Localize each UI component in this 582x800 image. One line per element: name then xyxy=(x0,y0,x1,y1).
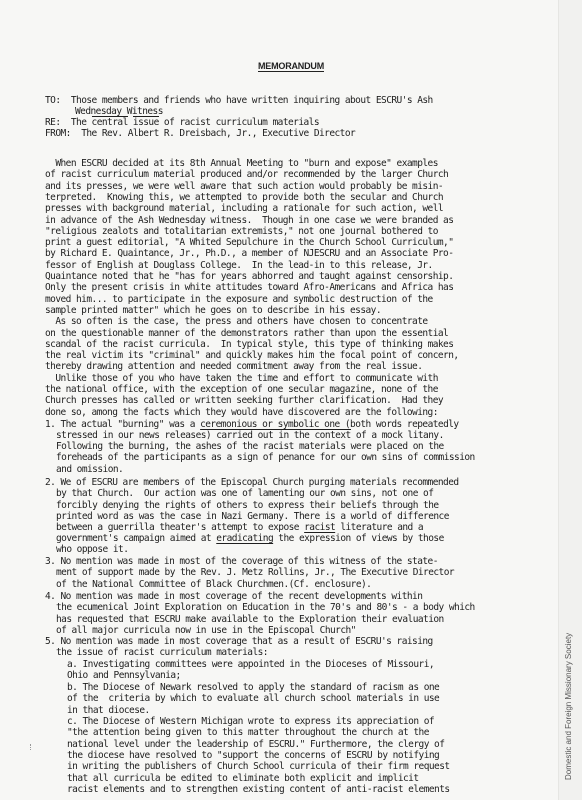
item-3-line: of the National Committee of Black Churc… xyxy=(56,579,371,590)
body-line: Quaintance noted that he "has for years … xyxy=(45,271,453,282)
sub-item-c-line: "the attention being given to this matte… xyxy=(67,727,429,738)
sub-item-b-line: in that diocese. xyxy=(67,705,150,716)
sub-item-c-line: that all curricula be edited to eliminat… xyxy=(67,773,419,784)
item-2-line: printed word as was the case in Nazi Ger… xyxy=(56,511,449,522)
re-underlined-issue: issue xyxy=(133,116,159,128)
sub-item-c-line: c. The Diocese of Western Michigan wrote… xyxy=(67,716,434,727)
memo-title: MEMORANDUM xyxy=(0,61,582,71)
memo-title-text: MEMORANDUM xyxy=(258,61,324,72)
body-line: When ESCRU decided at its 8th Annual Mee… xyxy=(45,158,438,169)
body-line: moved him... to participate in the expos… xyxy=(45,294,433,305)
from-label: FROM: xyxy=(45,128,71,139)
body-line: "religious zealots and totalitarian extr… xyxy=(45,226,438,237)
sub-item-a-line: Ohio and Pennsylvania; xyxy=(67,670,181,681)
item-1-line: Following the burning, the ashes of the … xyxy=(56,441,444,452)
sub-item-a-line: a. Investigating committees were appoint… xyxy=(67,659,434,670)
underlined-eradicating: eradicating xyxy=(216,533,273,544)
margin-mark xyxy=(30,744,32,750)
item-1-text: 1. The actual "burning" was a xyxy=(45,419,200,430)
item-5-line: the issue of racist curriculum materials… xyxy=(56,647,268,658)
body-line: print a guest editorial, "A Whited Sepul… xyxy=(45,237,453,248)
item-1-text: stressed in our news releases) xyxy=(56,430,216,441)
body-line: scandal of the racist curricula. In typi… xyxy=(45,339,453,350)
re-label: RE: xyxy=(45,117,61,128)
body-line: Unlike those of you who have taken the t… xyxy=(45,373,438,384)
body-line: fessor of English at Douglass College. I… xyxy=(45,260,433,271)
item-2-line-6: government's campaign aimed at eradicati… xyxy=(56,533,444,544)
body-line: Church presses has called or written see… xyxy=(45,395,443,406)
body-line: on the questionable manner of the demons… xyxy=(45,328,448,339)
body-line: Only the present crisis in white attitud… xyxy=(45,282,453,293)
item-1-text: of a mock litany. xyxy=(351,430,444,441)
underlined-racist: racist xyxy=(304,522,335,533)
item-4-line: has requested that ESCRU make available … xyxy=(56,614,444,625)
body-line: in advance of the Ash Wednesday witness.… xyxy=(45,215,453,226)
item-3-line: 3. No mention was made in most of the co… xyxy=(45,556,438,567)
re-text-post: of racist curriculum materials xyxy=(159,117,319,128)
archive-watermark: Domestic and Foreign Missionary Society xyxy=(564,633,573,780)
from-text: The Rev. Albert R. Dreisbach, Jr., Execu… xyxy=(81,128,355,139)
item-3-line: ment of support made by the Rev. J. Metz… xyxy=(56,567,454,578)
item-4-line: 4. No mention was made in most coverage … xyxy=(45,591,422,602)
body-line: by Richard E. Quaintance, Jr., Ph.D., a … xyxy=(45,248,453,259)
item-2-line: by that Church. Our action was one of la… xyxy=(56,488,433,499)
to-text: Those members and friends who have writt… xyxy=(71,95,433,106)
item-4-line: of all major curricula now in use in the… xyxy=(56,625,356,636)
to-line: TO: Those members and friends who have w… xyxy=(45,95,433,106)
item-4-line: the ecumenical Joint Exploration on Educ… xyxy=(56,602,475,613)
item-2-text: between a guerrilla theater's attempt to… xyxy=(56,522,304,533)
item-2-line-7: who oppose it. xyxy=(56,544,128,555)
body-line: terpreted. Knowing this, we attempted to… xyxy=(45,192,443,203)
from-line: FROM: The Rev. Albert R. Dreisbach, Jr.,… xyxy=(45,128,355,139)
sub-item-c-line: racist elements and to strengthen existi… xyxy=(67,784,450,795)
body-line: of racist curriculum material produced a… xyxy=(45,169,448,180)
body-line: presses with background material, includ… xyxy=(45,203,443,214)
item-2-text: literature and a xyxy=(335,522,423,533)
body-line: the real victim its "criminal" and quick… xyxy=(45,350,459,361)
item-1-line: and omission. xyxy=(56,464,123,475)
sub-item-c-line: the diocese have resolved to "support th… xyxy=(67,750,439,761)
body-line: and its presses, we were well aware that… xyxy=(45,181,443,192)
item-2-text: government's campaign aimed at xyxy=(56,533,216,544)
re-line: RE: The central issue of racist curricul… xyxy=(45,117,319,128)
sub-item-b-line: of the criteria by which to evaluate all… xyxy=(67,693,439,704)
item-1-line: foreheads of the participants as a sign … xyxy=(56,452,475,463)
body-line: As so often is the case, the press and o… xyxy=(45,316,428,327)
body-line: the national office, with the exception … xyxy=(45,384,438,395)
re-text-pre: The xyxy=(71,117,92,128)
sub-item-c-line: national level under the leadership of E… xyxy=(67,739,444,750)
item-2-line-5: between a guerrilla theater's attempt to… xyxy=(56,522,423,533)
item-2-line: 2. We of ESCRU are members of the Episco… xyxy=(45,477,459,488)
body-line: done so, among the facts which they woul… xyxy=(45,407,438,418)
to-label: TO: xyxy=(45,95,61,106)
item-1-line-2: stressed in our news releases) carried o… xyxy=(56,430,444,441)
body-line: thereby drawing attention and needed com… xyxy=(45,361,422,372)
re-underlined-central: central xyxy=(92,116,128,128)
sub-item-c-line: in writing the publishers of Church Scho… xyxy=(67,761,450,772)
item-2-line: forcibly denying the rights of others to… xyxy=(56,500,439,511)
body-line: sample printed matter" which he goes on … xyxy=(45,305,381,316)
item-5-line: 5. No mention was made in most coverage … xyxy=(45,636,433,647)
sub-item-b-line: b. The Diocese of Newark resolved to app… xyxy=(67,682,439,693)
overlined-phrase: carried out in the context xyxy=(216,429,350,441)
item-2-text: the expression of views by those xyxy=(273,533,444,544)
